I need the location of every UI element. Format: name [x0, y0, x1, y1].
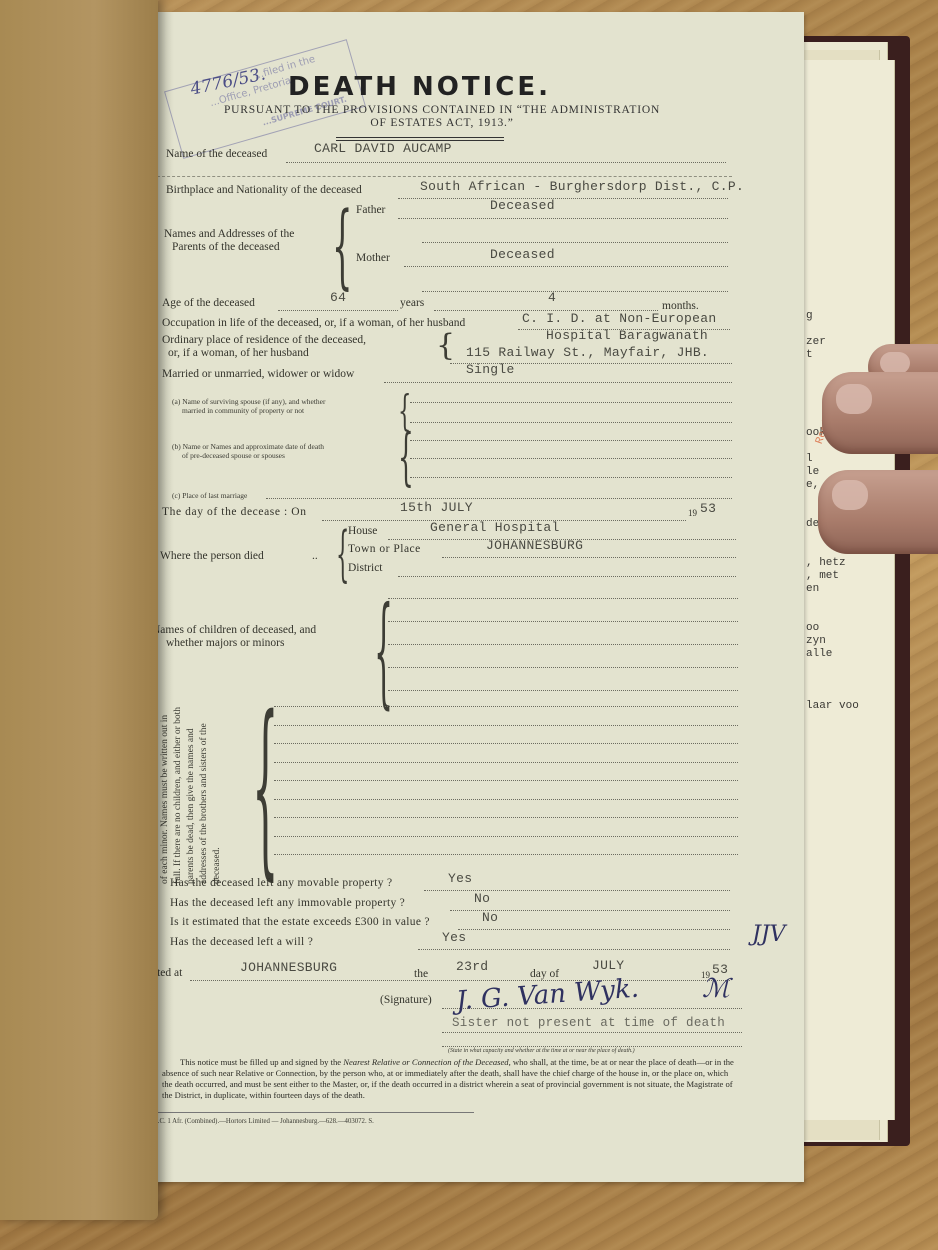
siblings-entry-line[interactable] — [274, 836, 738, 837]
spouse-a-label: (a) Name of surviving spouse (if any), a… — [172, 397, 326, 415]
mother-value[interactable]: Deceased — [490, 247, 555, 262]
vertical-instruction-note: different marriages, and give the date o… — [146, 704, 242, 884]
residence-value[interactable]: 115 Railway St., Mayfair, JHB. — [466, 345, 709, 360]
marital-value[interactable]: Single — [466, 362, 515, 377]
question-label: Has the deceased left any movable proper… — [170, 877, 392, 889]
capacity-hint: (State in what capacity and whether at t… — [448, 1048, 635, 1054]
instructions-text-start: This notice must be filled up and signed… — [180, 1057, 343, 1067]
house-value[interactable]: General Hospital — [430, 520, 560, 535]
siblings-entry-line[interactable] — [274, 725, 738, 726]
spouse-b-label-line-1: (b) Name or Names and approximate date o… — [172, 442, 324, 451]
finger-middle — [822, 372, 938, 454]
town-value[interactable]: JOHANNESBURG — [486, 538, 583, 553]
spouse-b-line-1 — [410, 440, 732, 441]
spouse-b-line-2 — [410, 458, 732, 459]
decease-day-label: The day of the decease : On — [162, 506, 307, 518]
age-years-value[interactable]: 64 — [330, 290, 346, 305]
name-line — [286, 162, 726, 163]
spouse-a-label-line-2: married in community of property or not — [172, 406, 326, 415]
residence-label: Ordinary place of residence of the decea… — [162, 334, 366, 360]
dated-place-value[interactable]: JOHANNESBURG — [240, 960, 337, 975]
marital-line — [384, 382, 732, 383]
siblings-entry-line[interactable] — [274, 854, 738, 855]
signature-initials: ℳ — [702, 974, 730, 1004]
instructions-paragraph: This notice must be filled up and signed… — [162, 1057, 738, 1101]
siblings-entry-line[interactable] — [274, 780, 738, 781]
name-label: Name of the deceased — [166, 148, 267, 160]
birthplace-value[interactable]: South African - Burghersdorp Dist., C.P. — [420, 179, 744, 194]
occupation-value-line-2[interactable]: Hospital Baragwanath — [546, 328, 708, 343]
question-answer-line — [418, 949, 730, 950]
mother-address-line — [422, 291, 728, 292]
spouse-b-label-line-2: of pre-deceased spouse or spouses — [172, 451, 324, 460]
parents-label: Names and Addresses of the Parents of th… — [164, 228, 294, 254]
children-entry-line[interactable] — [388, 598, 738, 599]
subtitle-line-1: PURSUANT TO THE PROVISIONS CONTAINED IN … — [172, 104, 712, 117]
spouse-b-label: (b) Name or Names and approximate date o… — [172, 442, 324, 460]
spouse-b-line-3 — [410, 477, 732, 478]
printer-imprint: S.C. 1 Afr. (Combined).—Hortors Limited … — [154, 1118, 374, 1125]
question-answer-value[interactable]: Yes — [442, 930, 466, 945]
place-died-dots: .. — [312, 550, 318, 562]
dated-the-label: the — [414, 968, 428, 980]
children-label-line-2: whether majors or minors — [152, 637, 316, 650]
signature-label: (Signature) — [380, 994, 432, 1006]
spouse-a-line-1 — [410, 402, 732, 403]
siblings-entry-line[interactable] — [274, 817, 738, 818]
spouse-a-line-2 — [410, 422, 732, 423]
children-entry-line[interactable] — [388, 667, 738, 668]
town-line — [442, 557, 736, 558]
decease-day-value[interactable]: 15th JULY — [400, 500, 473, 515]
father-value[interactable]: Deceased — [490, 198, 555, 213]
father-line — [398, 218, 728, 219]
age-label: Age of the deceased — [162, 297, 255, 309]
mother-line — [404, 266, 728, 267]
capacity-line-1 — [442, 1032, 742, 1033]
marital-label: Married or unmarried, widower or widow — [162, 368, 354, 380]
siblings-entry-line[interactable] — [274, 706, 738, 707]
occupation-value-line-1[interactable]: C. I. D. at Non-European — [522, 311, 716, 326]
place-died-label: Where the person died — [160, 550, 264, 562]
siblings-entry-line[interactable] — [274, 743, 738, 744]
siblings-entry-line[interactable] — [274, 799, 738, 800]
document-title: DEATH NOTICE. — [288, 72, 551, 102]
children-entry-line[interactable] — [388, 621, 738, 622]
children-label: Names of children of deceased, and wheth… — [152, 624, 316, 650]
children-entry-line[interactable] — [388, 690, 738, 691]
dated-month-value[interactable]: JULY — [592, 958, 624, 973]
question-label: Has the deceased left a will ? — [170, 936, 313, 948]
signature-capacity-value[interactable]: Sister not present at time of death — [452, 1016, 725, 1030]
residence-label-line-2: or, if a woman, of her husband — [162, 347, 366, 360]
capacity-line-2 — [442, 1046, 742, 1047]
document-subtitle: PURSUANT TO THE PROVISIONS CONTAINED IN … — [172, 104, 712, 130]
mother-label: Mother — [356, 252, 390, 264]
age-months-value[interactable]: 4 — [548, 290, 556, 305]
age-years-line — [278, 310, 398, 311]
finger-bottom — [818, 470, 938, 554]
residence-label-line-1: Ordinary place of residence of the decea… — [162, 334, 366, 347]
district-line — [398, 576, 736, 577]
instructions-text-emphasis: Nearest Relative or Connection of the De… — [343, 1057, 510, 1067]
spouse-c-label: (c) Place of last marriage — [172, 491, 247, 500]
death-notice-page: ...filed in the ...Office, Pretoria. ...… — [152, 12, 804, 1182]
separator — [152, 176, 732, 177]
parents-brace: { — [332, 200, 352, 292]
spouse-a-label-line-1: (a) Name of surviving spouse (if any), a… — [172, 397, 326, 406]
father-address-line — [422, 242, 728, 243]
binder-front-cover — [0, 0, 158, 1220]
siblings-entry-line[interactable] — [274, 762, 738, 763]
question-label: Has the deceased left any immovable prop… — [170, 897, 405, 909]
dated-line — [190, 980, 730, 981]
parents-label-line-1: Names and Addresses of the — [164, 228, 294, 241]
town-label: Town or Place — [348, 543, 421, 555]
imprint-rule — [154, 1112, 474, 1113]
children-brace: { — [374, 592, 393, 712]
occupation-label: Occupation in life of the deceased, or, … — [162, 317, 465, 329]
parents-label-line-2: Parents of the deceased — [164, 241, 294, 254]
decease-year-prefix: 19 — [688, 508, 697, 518]
spouse-c-line — [266, 498, 732, 499]
question-answer-value[interactable]: No — [482, 910, 498, 925]
question-label: Is it estimated that the estate exceeds … — [170, 916, 430, 928]
question-answer-line — [458, 929, 730, 930]
question-answer-value[interactable]: Yes — [448, 871, 472, 886]
residence-brace: { — [436, 331, 455, 361]
spouse-b-brace: { — [398, 426, 414, 488]
district-label: District — [348, 562, 383, 574]
children-label-line-1: Names of children of deceased, and — [152, 624, 316, 637]
margin-initials: JJV — [752, 922, 786, 947]
decease-year-value[interactable]: 53 — [700, 501, 716, 516]
years-label: years — [400, 297, 424, 309]
house-label: House — [348, 525, 377, 537]
father-label: Father — [356, 204, 385, 216]
question-answer-value[interactable]: No — [474, 891, 490, 906]
question-answer-line — [424, 890, 730, 891]
children-entry-line[interactable] — [388, 644, 738, 645]
dated-day-value[interactable]: 23rd — [456, 959, 488, 974]
day-of-label: day of — [530, 968, 559, 980]
name-value[interactable]: CARL DAVID AUCAMP — [314, 141, 452, 156]
birthplace-line — [398, 198, 728, 199]
subtitle-line-2: OF ESTATES ACT, 1913.” — [172, 117, 712, 130]
